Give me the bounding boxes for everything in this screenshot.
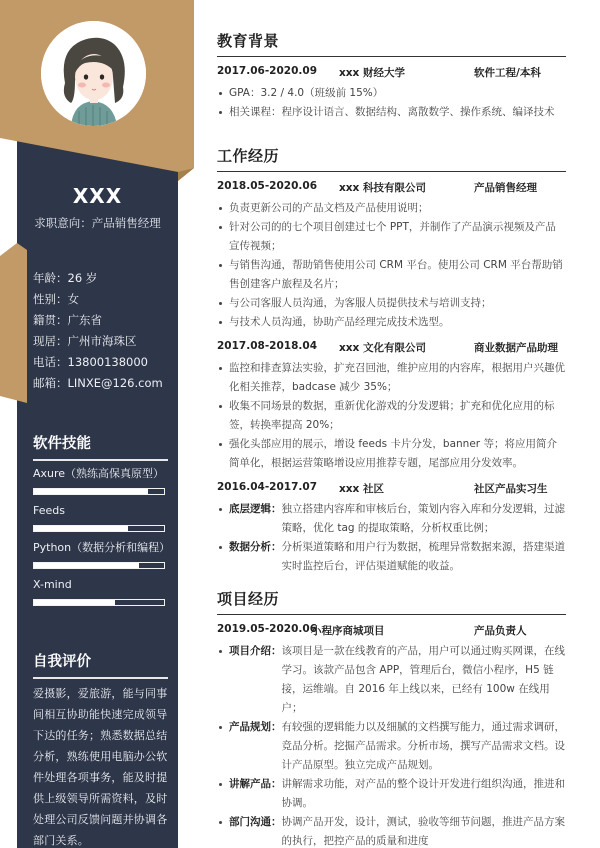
skill-progress-fill: [34, 563, 139, 568]
education-bullets: GPA：3.2 / 4.0（班级前 15%） 相关课程：程序设计语言、数据结构、…: [217, 84, 566, 122]
info-value: 13800138000: [68, 355, 148, 369]
skill-progress-fill: [34, 526, 128, 531]
skill-progress-bar: [33, 562, 165, 569]
skill-progress-bar: [33, 525, 165, 532]
skill-progress-fill: [34, 600, 115, 605]
list-item: 强化头部应用的展示，增设 feeds 卡片分发，banner 等；将应用简介简单…: [217, 435, 566, 473]
bullet-text: 分析渠道策略和用户行为数据，梳理异常数据来源，搭建渠道实时监控后台，评估渠道赋能…: [282, 538, 567, 576]
spacer: [217, 332, 566, 340]
self-eval-heading: 自我评价: [33, 650, 168, 679]
skill-progress-fill: [34, 489, 148, 494]
bullet-text: 讲解需求功能，对产品的整个设计开发进行组织沟通，推进和协调。: [282, 775, 567, 813]
info-value: LINXE@126.com: [68, 376, 163, 390]
job-bullets: 底层逻辑：独立搭建内容库和审核后台，策划内容入库和分发逻辑，过滤策略，优化 ta…: [217, 500, 566, 576]
work-section: 工作经历 2018.05-2020.06 xxx 科技有限公司 产品销售经理 负…: [217, 145, 566, 576]
company-name: xxx 科技有限公司: [339, 180, 426, 195]
job-entry-header: 2016.04-2017.07 xxx 社区 社区产品实习生: [217, 481, 566, 497]
list-item: 相关课程：程序设计语言、数据结构、离散数学、操作系统、编译技术: [217, 103, 566, 122]
project-role: 产品负责人: [474, 623, 527, 638]
project-entry-header: 2019.05-2020.06 小程序商城项目 产品负责人: [217, 623, 566, 639]
info-age: 年龄：26 岁: [33, 268, 173, 289]
avatar-illustration-icon: [41, 21, 146, 126]
gold-ribbon-fold: [0, 240, 27, 405]
project-name: 小程序商城项目: [311, 623, 385, 638]
skill-item: X-mind: [33, 577, 168, 614]
projects-heading: 项目经历: [217, 588, 566, 615]
info-hometown: 籍贯：广东省: [33, 310, 173, 331]
skills-heading: 软件技能: [33, 432, 168, 461]
personal-info-list: 年龄：26 岁 性别：女 籍贯：广东省 现居：广州市海珠区 电话：1380013…: [33, 268, 173, 394]
info-label: 邮箱：: [33, 376, 68, 390]
skill-label: Python（数据分析和编程）: [33, 540, 168, 556]
spacer: [217, 473, 566, 481]
bullet-label: 底层逻辑：: [229, 500, 282, 538]
list-item: 与技术人员沟通，协助产品经理完成技术选型。: [217, 313, 566, 332]
info-label: 电话：: [33, 355, 68, 369]
info-label: 籍贯：: [33, 313, 68, 327]
info-label: 现居：: [33, 334, 68, 348]
skill-item: Axure（熟练高保真原型）: [33, 466, 168, 503]
job-intent: 求职意向：产品销售经理: [17, 215, 178, 231]
info-label: 年龄：: [33, 271, 68, 285]
job-date: 2016.04-2017.07: [217, 481, 317, 493]
info-value: 26 岁: [68, 271, 98, 285]
info-value: 广东省: [68, 313, 103, 327]
info-value: 广州市海珠区: [68, 334, 137, 348]
list-item: 针对公司的的七个项目创建过七个 PPT，并制作了产品演示视频及产品宣传视频；: [217, 218, 566, 256]
info-label: 性别：: [33, 292, 68, 306]
list-item: 监控和排查算法实验，扩充召回池，维护应用的内容库，根据用户兴趣优化相关推荐，ba…: [217, 359, 566, 397]
job-role: 社区产品实习生: [474, 481, 548, 496]
list-item: 与公司客服人员沟通，为客服人员提供技术与培训支持；: [217, 294, 566, 313]
job-entry-header: 2018.05-2020.06 xxx 科技有限公司 产品销售经理: [217, 180, 566, 196]
list-item: 负责更新公司的产品文档及产品使用说明；: [217, 199, 566, 218]
info-phone: 电话：13800138000: [33, 352, 173, 373]
list-item: 收集不同场景的数据，重新优化游戏的分发逻辑；扩充和优化应用的标签，转换率提高 2…: [217, 397, 566, 435]
candidate-name: XXX: [17, 184, 178, 208]
job-role: 商业数据产品助理: [474, 340, 558, 355]
company-name: xxx 社区: [339, 481, 384, 496]
bullet-label: 讲解产品：: [229, 775, 282, 813]
school-name: xxx 财经大学: [339, 65, 405, 80]
list-item: 底层逻辑：独立搭建内容库和审核后台，策划内容入库和分发逻辑，过滤策略，优化 ta…: [217, 500, 566, 538]
education-heading: 教育背景: [217, 30, 566, 57]
list-item: 与销售沟通，帮助销售使用公司 CRM 平台。使用公司 CRM 平台帮助销售创建客…: [217, 256, 566, 294]
skill-item: Python（数据分析和编程）: [33, 540, 168, 577]
bullet-label: 产品规划：: [229, 718, 282, 775]
skills-list: Axure（熟练高保真原型） Feeds Python（数据分析和编程） X-m…: [33, 466, 168, 614]
list-item: 部门沟通：协调产品开发，设计，测试，验收等细节问题，推进产品方案的执行，把控产品…: [217, 813, 566, 848]
job-bullets: 负责更新公司的产品文档及产品使用说明； 针对公司的的七个项目创建过七个 PPT，…: [217, 199, 566, 332]
job-date: 2018.05-2020.06: [217, 180, 317, 192]
company-name: xxx 文化有限公司: [339, 340, 426, 355]
bullet-text: 该项目是一款在线教育的产品，用户可以通过购买网课，在线学习。该款产品包含 APP…: [282, 642, 567, 718]
info-value: 女: [68, 292, 80, 306]
info-email: 邮箱：LINXE@126.com: [33, 373, 173, 394]
skill-progress-bar: [33, 488, 165, 495]
skill-progress-bar: [33, 599, 165, 606]
info-gender: 性别：女: [33, 289, 173, 310]
job-bullets: 监控和排查算法实验，扩充召回池，维护应用的内容库，根据用户兴趣优化相关推荐，ba…: [217, 359, 566, 473]
skill-label: X-mind: [33, 577, 168, 593]
list-item: 讲解产品：讲解需求功能，对产品的整个设计开发进行组织沟通，推进和协调。: [217, 775, 566, 813]
bullet-text: 独立搭建内容库和审核后台，策划内容入库和分发逻辑，过滤策略，优化 tag 的提取…: [282, 500, 567, 538]
info-residence: 现居：广州市海珠区: [33, 331, 173, 352]
bullet-text: 有较强的逻辑能力以及细腻的文档撰写能力，通过需求调研，竞品分析。挖掘产品需求。分…: [282, 718, 567, 775]
project-date: 2019.05-2020.06: [217, 623, 317, 635]
list-item: 产品规划：有较强的逻辑能力以及细腻的文档撰写能力，通过需求调研，竞品分析。挖掘产…: [217, 718, 566, 775]
project-bullets: 项目介绍：该项目是一款在线教育的产品，用户可以通过购买网课，在线学习。该款产品包…: [217, 642, 566, 848]
education-date: 2017.06-2020.09: [217, 65, 317, 77]
self-eval-text: 爱摄影，爱旅游，能与同事间相互协助能快速完成领导下达的任务；熟悉数据总结分析，熟…: [33, 683, 169, 848]
projects-section: 项目经历 2019.05-2020.06 小程序商城项目 产品负责人 项目介绍：…: [217, 588, 566, 848]
avatar: [41, 21, 146, 126]
job-role: 产品销售经理: [474, 180, 537, 195]
bullet-label: 数据分析：: [229, 538, 282, 576]
bullet-text: 协调产品开发，设计，测试，验收等细节问题，推进产品方案的执行，把控产品的质量和进…: [282, 813, 567, 848]
work-heading: 工作经历: [217, 145, 566, 172]
major: 软件工程/本科: [474, 65, 541, 80]
bullet-label: 项目介绍：: [229, 642, 282, 718]
skill-label: Axure（熟练高保真原型）: [33, 466, 168, 482]
skill-label: Feeds: [33, 503, 168, 519]
list-item: GPA：3.2 / 4.0（班级前 15%）: [217, 84, 566, 103]
education-entry-header: 2017.06-2020.09 xxx 财经大学 软件工程/本科: [217, 65, 566, 81]
education-section: 教育背景 2017.06-2020.09 xxx 财经大学 软件工程/本科 GP…: [217, 30, 566, 122]
job-entry-header: 2017.08-2018.04 xxx 文化有限公司 商业数据产品助理: [217, 340, 566, 356]
bullet-label: 部门沟通：: [229, 813, 282, 848]
job-date: 2017.08-2018.04: [217, 340, 317, 352]
skill-item: Feeds: [33, 503, 168, 540]
list-item: 数据分析：分析渠道策略和用户行为数据，梳理异常数据来源，搭建渠道实时监控后台，评…: [217, 538, 566, 576]
list-item: 项目介绍：该项目是一款在线教育的产品，用户可以通过购买网课，在线学习。该款产品包…: [217, 642, 566, 718]
